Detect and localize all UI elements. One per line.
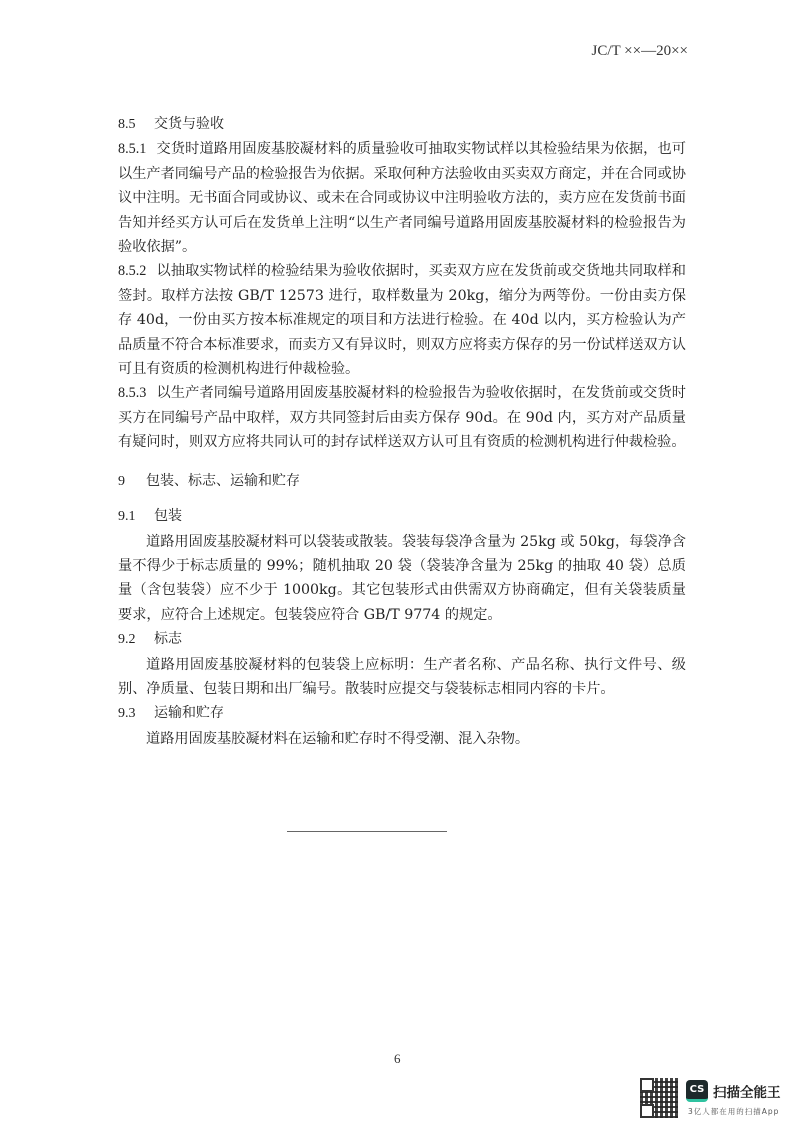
section-9-1-heading: 9.1包装 xyxy=(118,504,686,529)
clause-8-5-2: 8.5.2以抽取实物试样的检验结果为验收依据时，买卖双方应在发货前或交货地共同取… xyxy=(118,259,686,381)
clause-number: 8.5.3 xyxy=(118,385,146,401)
scanner-watermark: CS 扫描全能王 3亿人都在用的扫描App xyxy=(640,1078,800,1124)
section-title: 交货与验收 xyxy=(154,116,224,132)
document-code: JC/T ××—20×× xyxy=(592,43,689,60)
clause-text: 交货时道路用固废基胶凝材料的质量验收可抽取实物试样以其检验结果为依据，也可以生产… xyxy=(118,141,686,255)
section-8-5-heading: 8.5交货与验收 xyxy=(118,112,686,137)
qr-code-icon xyxy=(640,1078,678,1118)
section-9-3-heading: 9.3运输和贮存 xyxy=(118,701,686,726)
section-number: 9.2 xyxy=(118,628,154,652)
section-number: 9 xyxy=(118,470,146,494)
document-body: 8.5交货与验收 8.5.1交货时道路用固废基胶凝材料的质量验收可抽取实物试样以… xyxy=(118,112,686,751)
clause-8-5-1: 8.5.1交货时道路用固废基胶凝材料的质量验收可抽取实物试样以其检验结果为依据，… xyxy=(118,137,686,259)
camscanner-logo-icon: CS xyxy=(686,1080,708,1102)
section-number: 9.3 xyxy=(118,702,154,726)
page-number: 6 xyxy=(394,1051,401,1067)
clause-number: 8.5.1 xyxy=(118,141,146,157)
section-9-heading: 9包装、标志、运输和贮存 xyxy=(118,469,686,494)
clause-8-5-3: 8.5.3以生产者同编号道路用固废基胶凝材料的检验报告为验收依据时，在发货前或交… xyxy=(118,381,686,454)
section-9-2-heading: 9.2标志 xyxy=(118,627,686,652)
section-title: 运输和贮存 xyxy=(154,705,224,721)
end-divider xyxy=(287,831,447,832)
section-9-1-text: 道路用固废基胶凝材料可以袋装或散装。袋装每袋净含量为 25kg 或 50kg，每… xyxy=(118,530,686,628)
clause-text: 以抽取实物试样的检验结果为验收依据时，买卖双方应在发货前或交货地共同取样和签封。… xyxy=(118,263,686,377)
section-title: 包装 xyxy=(154,508,182,524)
section-number: 8.5 xyxy=(118,113,154,137)
section-title: 包装、标志、运输和贮存 xyxy=(146,473,300,489)
app-name: 扫描全能王 xyxy=(713,1081,781,1101)
app-tagline: 3亿人都在用的扫描App xyxy=(688,1106,779,1117)
clause-number: 8.5.2 xyxy=(118,263,146,279)
clause-text: 以生产者同编号道路用固废基胶凝材料的检验报告为验收依据时，在发货前或交货时买方在… xyxy=(118,385,686,450)
section-number: 9.1 xyxy=(118,505,154,529)
section-title: 标志 xyxy=(154,631,182,647)
section-9-3-text: 道路用固废基胶凝材料在运输和贮存时不得受潮、混入杂物。 xyxy=(118,727,686,751)
section-9-2-text: 道路用固废基胶凝材料的包装袋上应标明：生产者名称、产品名称、执行文件号、级别、净… xyxy=(118,653,686,702)
